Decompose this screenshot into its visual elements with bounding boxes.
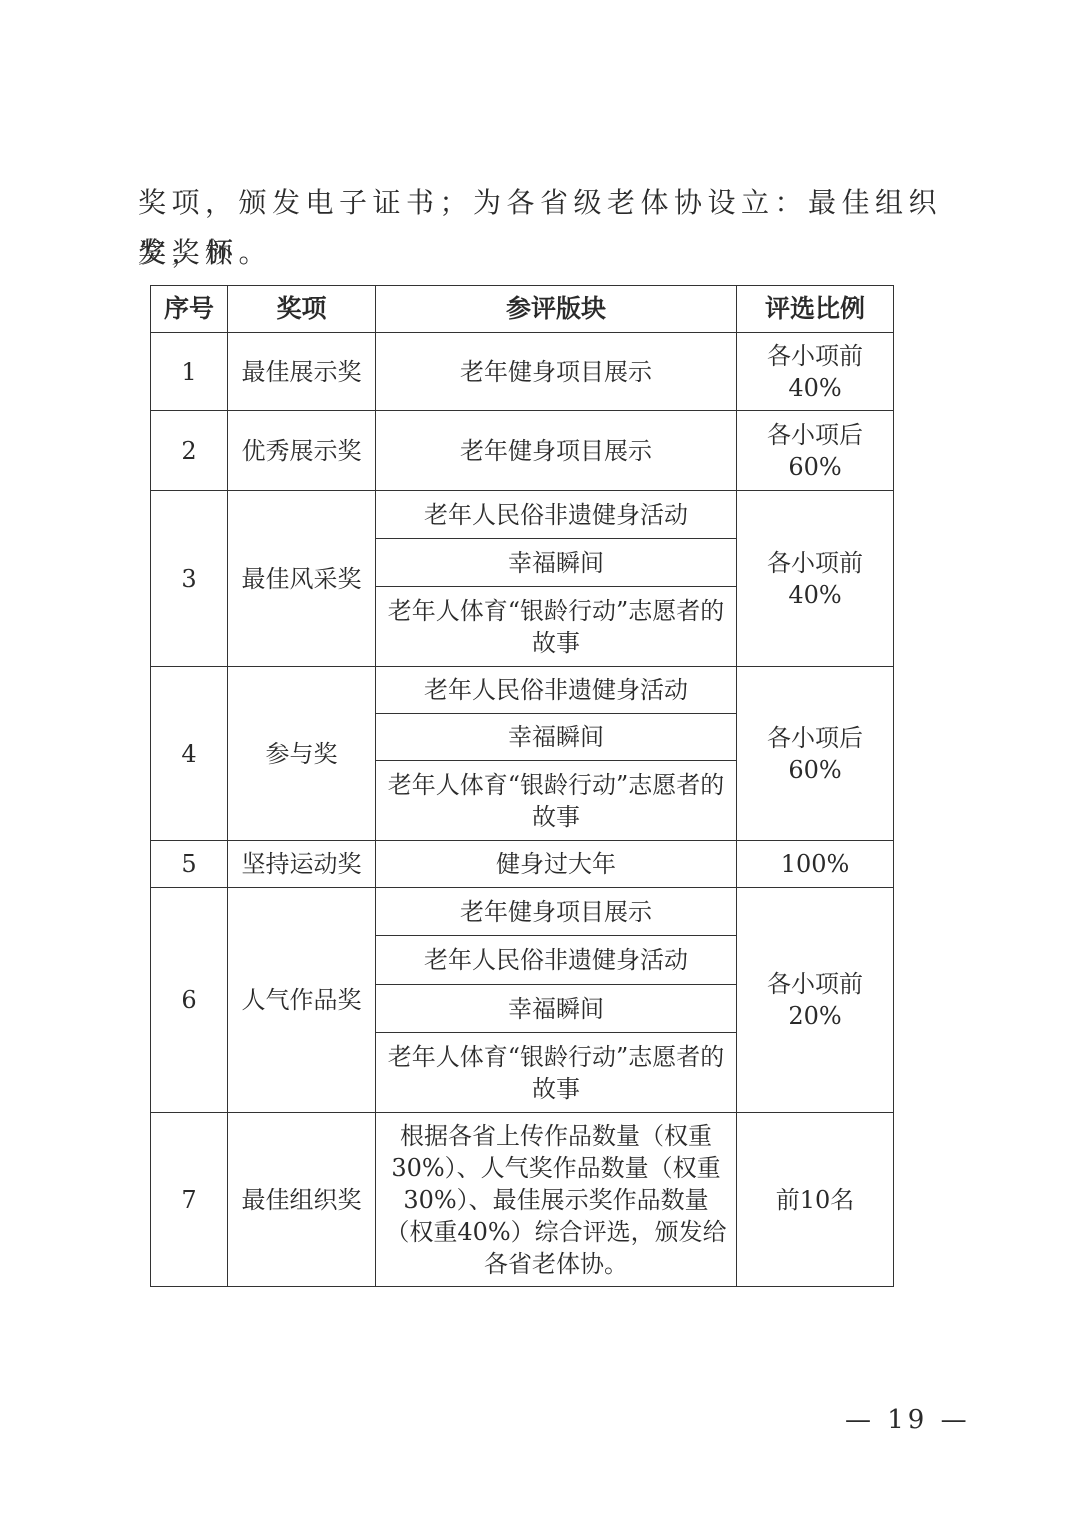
cell-award: 人气作品奖 <box>228 888 376 1113</box>
cell-section: 老年人民俗非遗健身活动 <box>376 667 737 714</box>
awards-table: 序号 奖项 参评版块 评选比例 1 最佳展示奖 老年健身项目展示 各小项前40%… <box>150 285 894 1287</box>
cell-section: 老年人体育“银龄行动”志愿者的故事 <box>376 587 737 667</box>
cell-ratio: 各小项后60% <box>737 667 894 841</box>
table-row: 5 坚持运动奖 健身过大年 100% <box>151 841 894 888</box>
cell-no: 5 <box>151 841 228 888</box>
table-row: 4 参与奖 老年人民俗非遗健身活动 各小项后60% <box>151 667 894 714</box>
cell-award: 参与奖 <box>228 667 376 841</box>
intro-line-2: 发奖杯。 <box>138 228 950 278</box>
page-number: — 19 — <box>845 1405 971 1435</box>
table-row: 7 最佳组织奖 根据各省上传作品数量（权重30%）、人气奖作品数量（权重30%）… <box>151 1113 894 1287</box>
cell-section: 幸福瞬间 <box>376 714 737 761</box>
header-ratio: 评选比例 <box>737 286 894 333</box>
cell-no: 1 <box>151 333 228 411</box>
cell-ratio: 100% <box>737 841 894 888</box>
cell-section: 老年人体育“银龄行动”志愿者的故事 <box>376 761 737 841</box>
cell-no: 2 <box>151 411 228 491</box>
cell-ratio: 各小项前40% <box>737 491 894 667</box>
table-header-row: 序号 奖项 参评版块 评选比例 <box>151 286 894 333</box>
cell-no: 6 <box>151 888 228 1113</box>
cell-award: 最佳风采奖 <box>228 491 376 667</box>
cell-section: 老年健身项目展示 <box>376 411 737 491</box>
cell-no: 4 <box>151 667 228 841</box>
table-row: 6 人气作品奖 老年健身项目展示 各小项前20% <box>151 888 894 936</box>
cell-section: 老年健身项目展示 <box>376 333 737 411</box>
table-row: 1 最佳展示奖 老年健身项目展示 各小项前40% <box>151 333 894 411</box>
cell-award: 坚持运动奖 <box>228 841 376 888</box>
cell-no: 3 <box>151 491 228 667</box>
cell-section: 老年人民俗非遗健身活动 <box>376 491 737 539</box>
header-award: 奖项 <box>228 286 376 333</box>
cell-section: 健身过大年 <box>376 841 737 888</box>
table-row: 2 优秀展示奖 老年健身项目展示 各小项后60% <box>151 411 894 491</box>
cell-section: 幸福瞬间 <box>376 539 737 587</box>
cell-award: 优秀展示奖 <box>228 411 376 491</box>
cell-no: 7 <box>151 1113 228 1287</box>
cell-section: 老年人体育“银龄行动”志愿者的故事 <box>376 1033 737 1113</box>
cell-section: 根据各省上传作品数量（权重30%）、人气奖作品数量（权重30%）、最佳展示奖作品… <box>376 1113 737 1287</box>
cell-ratio: 各小项前40% <box>737 333 894 411</box>
cell-section: 老年健身项目展示 <box>376 888 737 936</box>
table-row: 3 最佳风采奖 老年人民俗非遗健身活动 各小项前40% <box>151 491 894 539</box>
cell-section: 老年人民俗非遗健身活动 <box>376 936 737 985</box>
cell-ratio: 各小项前20% <box>737 888 894 1113</box>
cell-ratio: 前10名 <box>737 1113 894 1287</box>
cell-award: 最佳展示奖 <box>228 333 376 411</box>
cell-award: 最佳组织奖 <box>228 1113 376 1287</box>
cell-ratio: 各小项后60% <box>737 411 894 491</box>
header-sections: 参评版块 <box>376 286 737 333</box>
header-no: 序号 <box>151 286 228 333</box>
cell-section: 幸福瞬间 <box>376 985 737 1033</box>
